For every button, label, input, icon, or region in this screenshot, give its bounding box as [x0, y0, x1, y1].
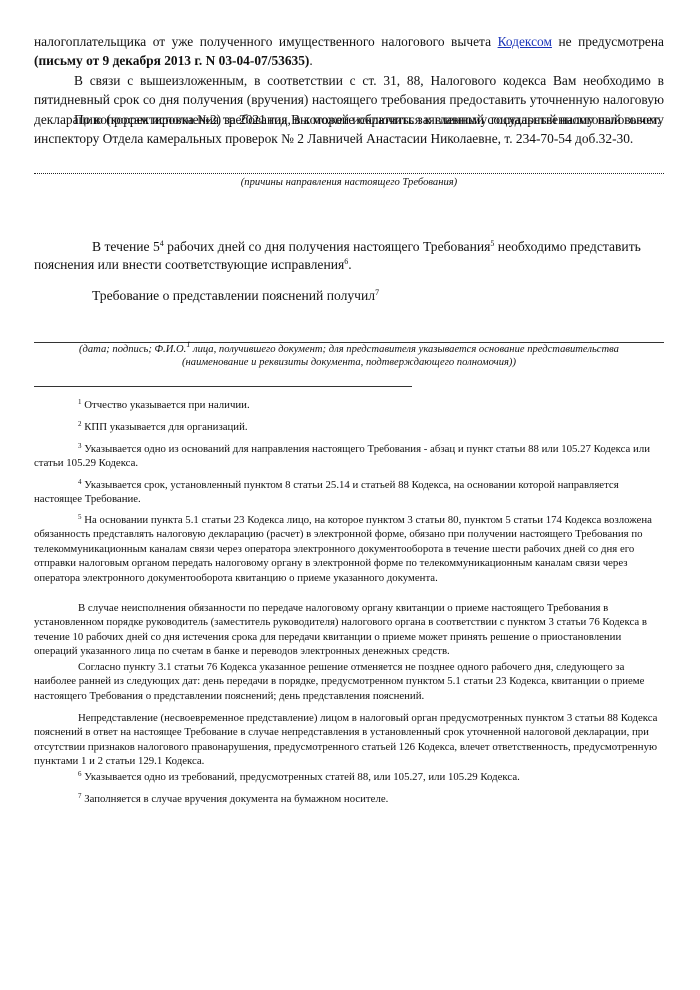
paragraph-text: налогоплательщика от уже полученного иму…: [34, 34, 498, 49]
letter-reference: (письму от 9 декабря 2013 г. N 03-04-07/…: [34, 53, 309, 68]
footnote-5-continuation-1: В случае неисполнения обязанности по пер…: [34, 601, 664, 659]
footnote-separator: [34, 386, 412, 387]
footnote-4: 4 Указывается срок, установленный пункто…: [34, 478, 664, 507]
footnote-3: 3 Указывается одно из оснований для напр…: [34, 442, 664, 471]
caption-text: лица, получившего документ; для представ…: [190, 344, 619, 355]
deadline-text: рабочих дней со дня получения настоящего…: [164, 239, 491, 254]
reasons-dotted-line: [34, 173, 664, 174]
footnote-1: 1 Отчество указывается при наличии.: [34, 398, 664, 412]
deadline-paragraph: В течение 54 рабочих дней со дня получен…: [34, 238, 664, 274]
deadline-text: В течение 5: [92, 239, 160, 254]
footnote-text: Непредставление (несвоевременное предста…: [34, 712, 657, 767]
signature-caption: (дата; подпись; Ф.И.О.1 лица, получившег…: [34, 343, 664, 369]
deadline-text: .: [348, 257, 351, 272]
paragraph-text: По вопросам исполнения требования Вы мож…: [34, 112, 664, 146]
footnote-text: Отчество указывается при наличии.: [82, 399, 250, 411]
footnote-6: 6 Указывается одно из требований, предус…: [34, 770, 664, 784]
paragraph-contact: По вопросам исполнения требования Вы мож…: [34, 110, 664, 149]
footnote-ref: 7: [375, 288, 379, 297]
paragraph-deduction: налогоплательщика от уже полученного иму…: [34, 32, 664, 71]
footnote-5: 5 На основании пункта 5.1 статьи 23 Коде…: [34, 513, 664, 585]
footnote-5-continuation-2: Согласно пункту 3.1 статьи 76 Кодекса ук…: [34, 660, 664, 703]
caption-text: (наименование и реквизиты документа, под…: [182, 357, 516, 368]
received-text: Требование о представлении пояснений пол…: [92, 288, 375, 303]
caption-text: (дата; подпись; Ф.И.О.: [79, 344, 186, 355]
document-page: налогоплательщика от уже полученного иму…: [0, 0, 700, 990]
received-label: Требование о представлении пояснений пол…: [34, 287, 664, 305]
paragraph-text: не предусмотрена: [552, 34, 664, 49]
footnote-5-continuation-3: Непредставление (несвоевременное предста…: [34, 711, 664, 769]
footnote-text: Согласно пункту 3.1 статьи 76 Кодекса ук…: [34, 661, 644, 702]
footnote-7: 7 Заполняется в случае вручения документ…: [34, 792, 664, 806]
footnote-text: На основании пункта 5.1 статьи 23 Кодекс…: [34, 514, 652, 584]
footnote-text: Заполняется в случае вручения документа …: [82, 793, 389, 805]
footnote-text: Указывается одно из требований, предусмо…: [82, 771, 520, 783]
paragraph-text: .: [309, 53, 312, 68]
footnote-text: Указывается срок, установленный пунктом …: [34, 479, 619, 505]
footnote-text: Указывается одно из оснований для направ…: [34, 443, 650, 469]
codex-link[interactable]: Кодексом: [498, 34, 552, 49]
reasons-caption: (причины направления настоящего Требован…: [34, 176, 664, 189]
footnote-text: В случае неисполнения обязанности по пер…: [34, 602, 647, 657]
footnote-text: КПП указывается для организаций.: [82, 421, 248, 433]
footnote-2: 2 КПП указывается для организаций.: [34, 420, 664, 434]
